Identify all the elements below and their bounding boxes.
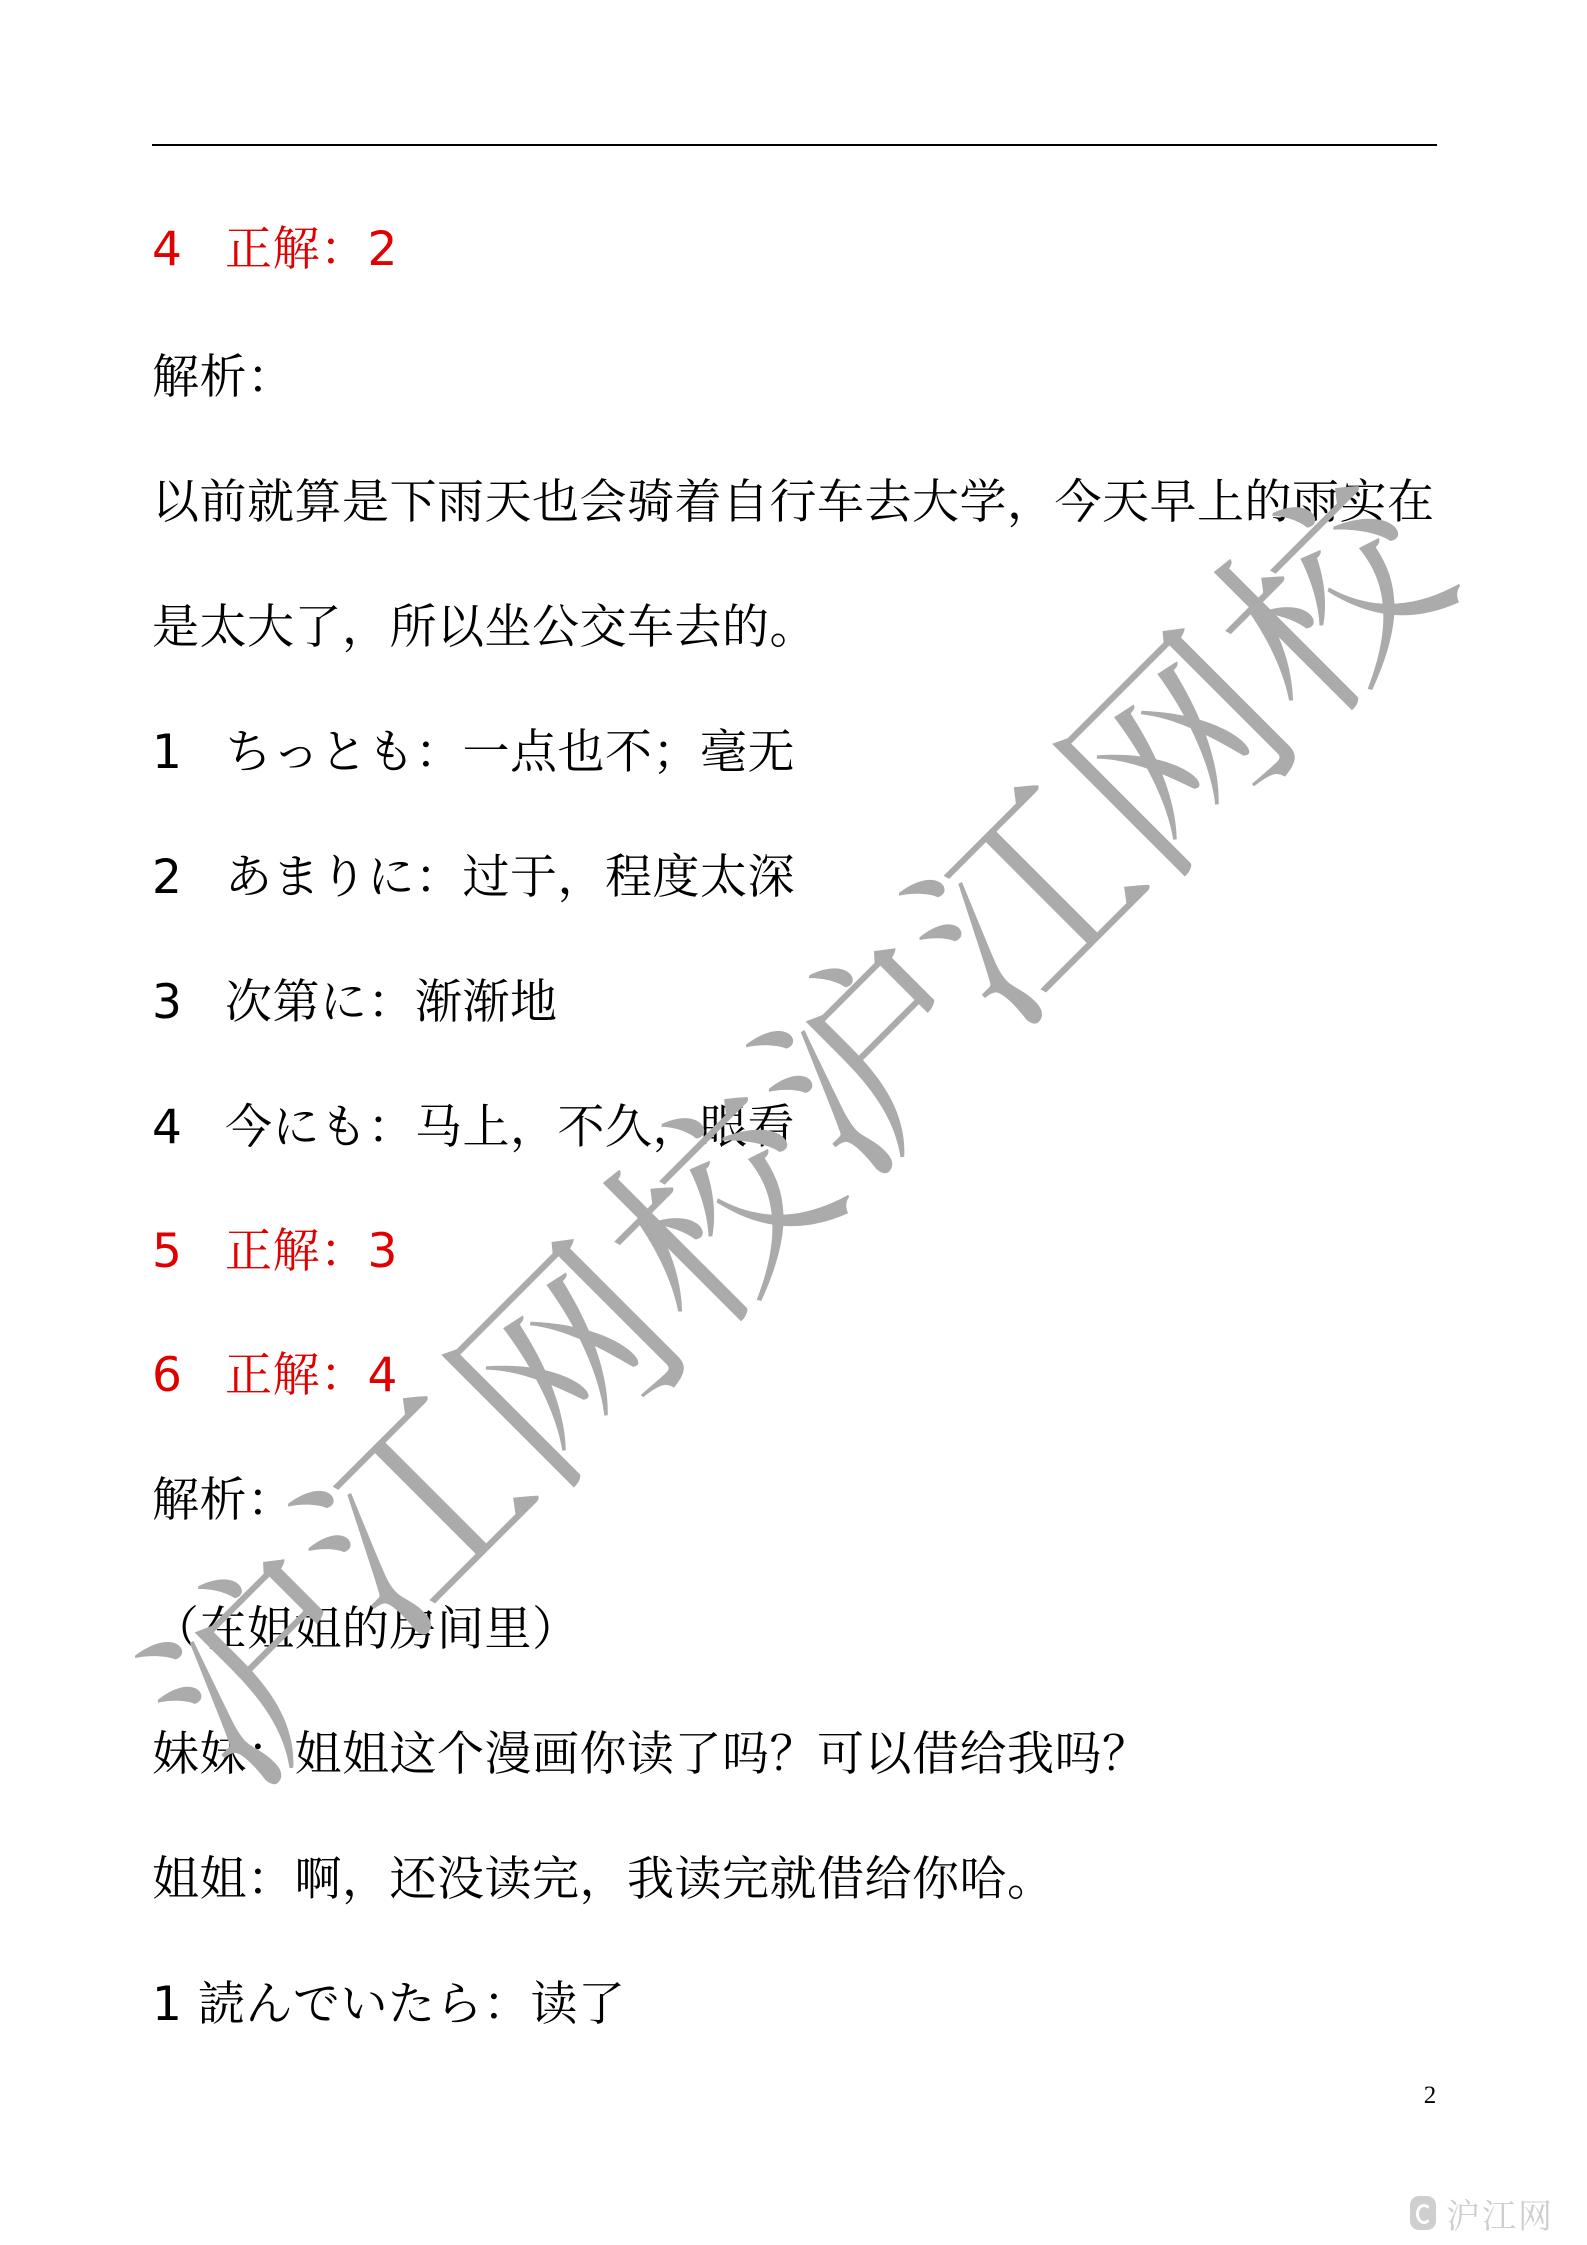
q4-answer-line: 4正解：2 (152, 220, 398, 280)
hujiang-logo: 沪江网 (1410, 2192, 1554, 2234)
q6-answer-line: 6正解：4 (152, 1346, 398, 1406)
q4-option-1: 1ちっとも：一点也不；毫无 (152, 723, 795, 783)
q5-answer-number: 5 (152, 1222, 225, 1282)
option-text: 読んでいたら：读了 (198, 1977, 626, 2032)
header-rule (152, 144, 1437, 146)
hujiang-logo-text: 沪江网 (1446, 2189, 1554, 2238)
q4-option-2: 2あまりに：过于，程度太深 (152, 848, 795, 908)
option-number: 2 (152, 848, 225, 908)
q4-paragraph-line-2: 是太大了，所以坐公交车去的。 (152, 598, 817, 658)
q4-paragraph-line-1: 以前就算是下雨天也会骑着自行车去大学，今天早上的雨实在 (152, 473, 1435, 533)
option-number: 3 (152, 973, 225, 1033)
option-text: 今にも：马上，不久，眼看 (225, 1100, 795, 1155)
q4-analysis-label: 解析： (152, 348, 295, 408)
hujiang-logo-icon (1410, 2196, 1436, 2230)
q4-answer-number: 4 (152, 220, 225, 280)
option-number: 1 (152, 723, 225, 783)
option-text: ちっとも：一点也不；毫无 (225, 725, 795, 780)
q4-answer-text: 正解：2 (225, 222, 398, 277)
q6-option-1: 1読んでいたら：读了 (152, 1975, 626, 2035)
q6-answer-text: 正解：4 (225, 1348, 398, 1403)
document-page: 4正解：2 解析： 以前就算是下雨天也会骑着自行车去大学，今天早上的雨实在 是太… (0, 0, 1587, 2245)
q4-option-3: 3次第に：渐渐地 (152, 973, 558, 1033)
q4-option-4: 4今にも：马上，不久，眼看 (152, 1098, 795, 1158)
option-number: 4 (152, 1098, 225, 1158)
q6-answer-number: 6 (152, 1346, 225, 1406)
q6-scene: （在姐姐的房间里） (152, 1600, 580, 1660)
option-text: 次第に：渐渐地 (225, 975, 558, 1030)
option-number: 1 (152, 1975, 198, 2035)
q6-analysis-label: 解析： (152, 1471, 295, 1531)
page-number: 2 (1418, 2082, 1442, 2110)
q5-answer-text: 正解：3 (225, 1224, 398, 1279)
q5-answer-line: 5正解：3 (152, 1222, 398, 1282)
q6-dialogue-line-1: 妹妹：姐姐这个漫画你读了吗？可以借给我吗？ (152, 1725, 1150, 1785)
q6-dialogue-line-2: 姐姐：啊，还没读完，我读完就借给你哈。 (152, 1850, 1055, 1910)
option-text: あまりに：过于，程度太深 (225, 850, 795, 905)
